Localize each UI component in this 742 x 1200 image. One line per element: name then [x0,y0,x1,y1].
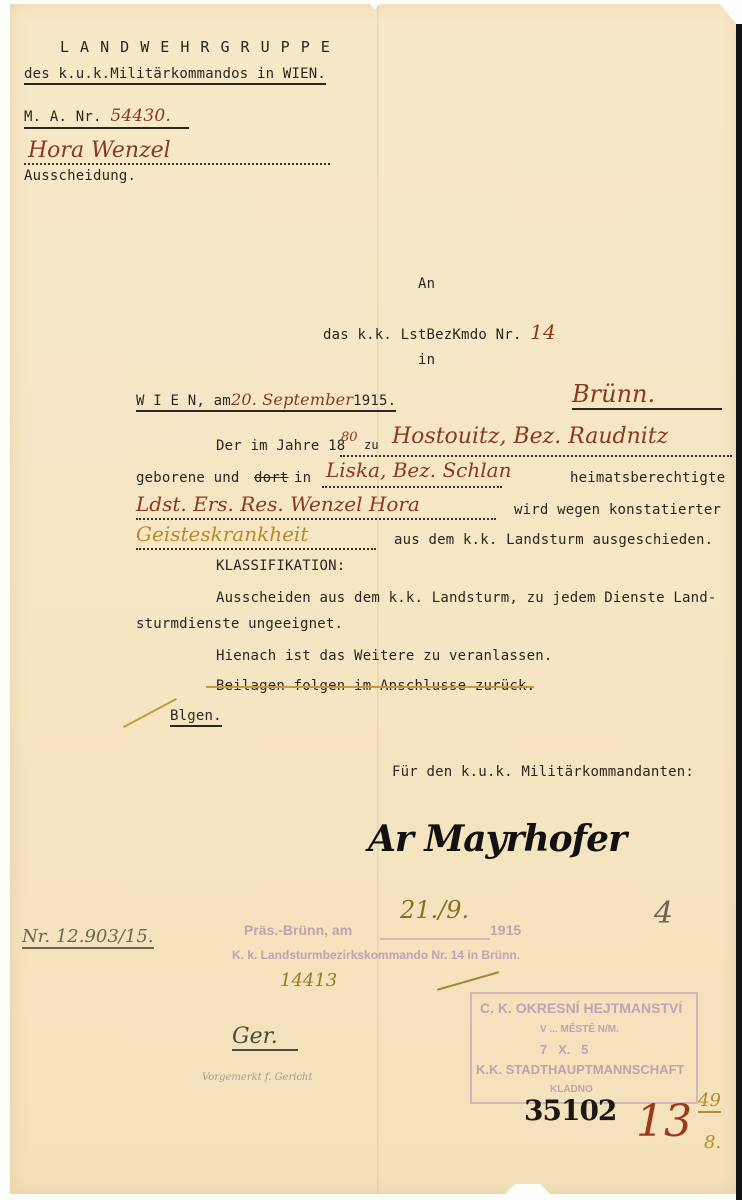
received-stamp-line1: Präs.-Brünn, am [244,922,352,938]
subject-label: Ausscheidung. [24,168,136,184]
ger-mark: Ger. [232,1024,298,1051]
ma-label: M. A. Nr. [24,109,102,125]
registry-hand: 13 [636,1096,692,1147]
received-date: 21./9. [400,896,469,924]
org-subtitle: des k.u.k.Militärkommandos in WIEN. [24,66,326,85]
office-stamp-line3: K.K. STADTHAUPTMANNSCHAFT [476,1062,684,1077]
home-dots [322,486,502,488]
enclosures-abbrev: Blgen. [170,708,222,727]
ma-number: 54430. [110,106,171,126]
person: Ldst. Ers. Res. Wenzel Hora [136,492,420,516]
pencil-note: Vorgemerkt f. Gericht [202,1072,313,1083]
pencil-mark: 4 [654,896,673,931]
signature: Ar Mayrhofer [368,818,626,860]
address-to: An [418,276,435,292]
office-stamp-line2: V ... MĚSTĚ N/M. [540,1024,619,1035]
am-label: am [214,393,231,409]
body-line2-prefix: geborene und [136,470,240,486]
recipient: das k.k. LstBezKmdo Nr. 14 [323,320,556,344]
birthplace: Hostouitz, Bez. Raudnitz [392,424,668,449]
year: 1915. [353,393,396,409]
ma-number-label: M. A. Nr. 54430. [24,106,189,129]
instruction: Hienach ist das Weitere zu veranlassen. [216,648,553,664]
birth-year: 80 [341,430,358,445]
subject-dots [24,163,330,165]
registry-fraction-bottom: 8. [704,1132,721,1153]
registry-number: 35102 [524,1094,616,1127]
address-in: in [418,352,435,368]
home-place: Liska, Bez. Schlan [326,458,511,482]
dateline: W I E N, am20. September1915. [136,390,396,412]
classification-label: KLASSIFIKATION: [216,558,345,574]
office-stamp-date: 7 X. 5 [540,1042,588,1057]
received-stamp-line2: K. k. Landsturmbezirkskommando Nr. 14 in… [232,948,520,962]
body-line3-suffix: wird wegen konstatierter [514,502,721,518]
body-in: in [294,470,311,486]
person-dots [136,518,496,520]
office-stamp-line1: C. K. OKRESNÍ HEJTMANSTVÍ [480,1000,682,1016]
received-stamp-year: 1915 [490,922,521,938]
birthplace-dots [340,455,732,457]
place: W I E N, [136,393,205,409]
enclosures-strikethrough [206,686,534,688]
body-line1-prefix: Der im Jahre 18 [216,438,345,454]
date-handwritten: 20. September [231,390,353,409]
recipient-number: 14 [530,320,556,344]
recipient-prefix: das k.k. LstBezKmdo Nr. [323,327,521,343]
scan-edge [736,24,742,1200]
body-zu: zu [364,438,379,452]
received-stamp-rule [380,938,490,940]
struck-dort: dort [254,470,289,486]
body-line4-suffix: aus dem k.k. Landsturm ausgeschieden. [394,532,713,548]
classification-line2: sturmdienste ungeeignet. [136,616,343,632]
diagnosis-dots [136,548,376,550]
classification-line1: Ausscheiden aus dem k.k. Landsturm, zu j… [216,590,716,606]
diagnosis: Geisteskrankheit [136,522,308,546]
subject-name: Hora Wenzel [28,138,171,163]
body-line2-suffix: heimatsberechtigte [570,470,725,486]
signature-label: Für den k.u.k. Militärkommandanten: [392,764,694,780]
registry-fraction-top: 49 [698,1090,721,1113]
city-handwritten: Brünn. [572,380,722,410]
reference-number: Nr. 12.903/15. [22,926,154,949]
file-number: 14413 [280,970,337,991]
org-title: L A N D W E H R G R U P P E [60,38,331,56]
